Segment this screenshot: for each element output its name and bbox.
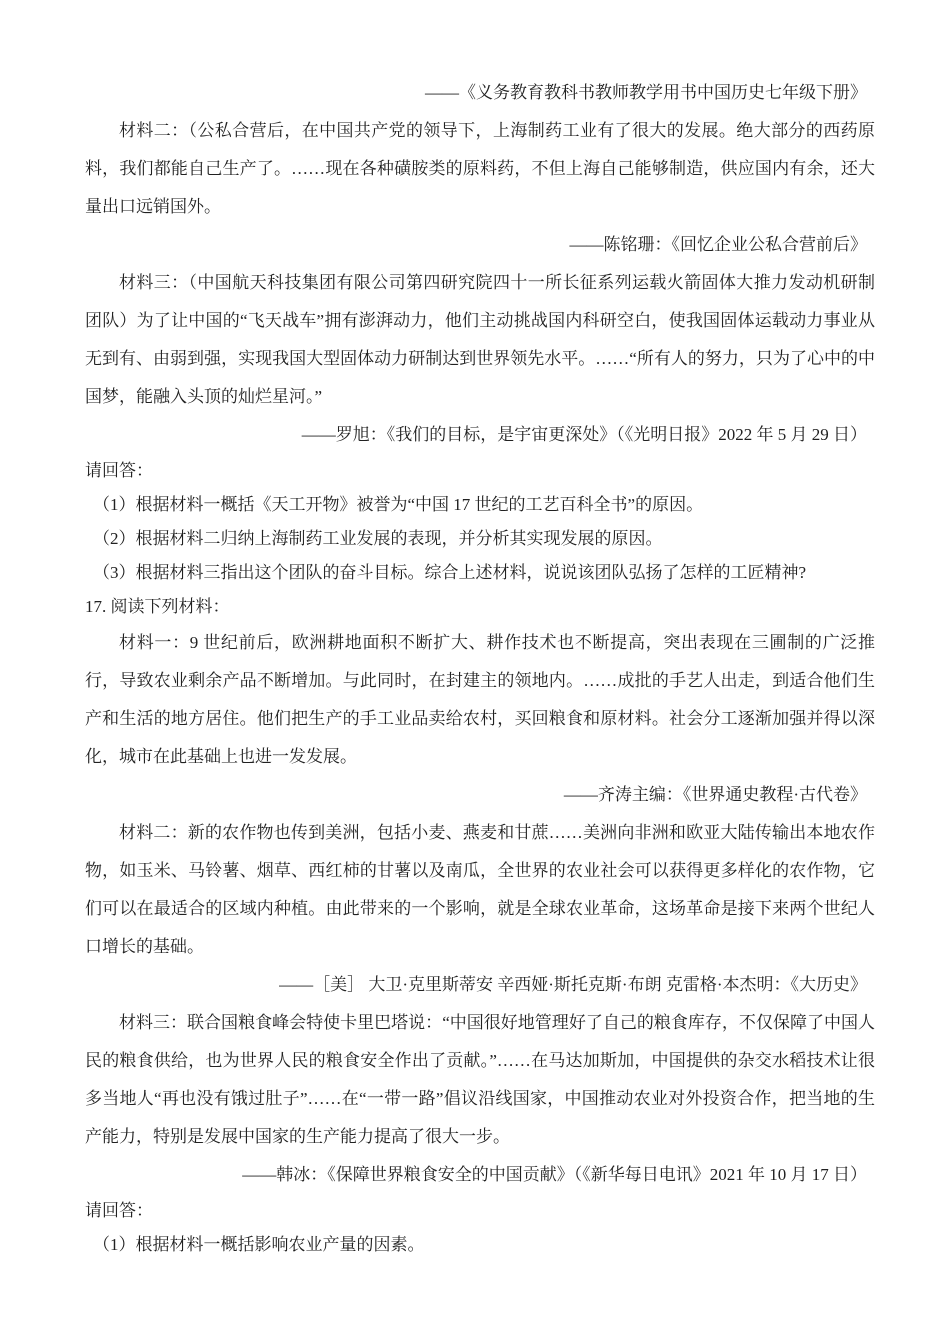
- exam-document-page: ——《义务教育教科书教师教学用书中国历史七年级下册》 材料二：（公私合营后，在中…: [0, 0, 950, 1344]
- q16-material2-citation: ——陈铭珊：《回忆企业公私合营前后》: [85, 226, 875, 264]
- q17-sub-question-1: （1）根据材料一概括影响农业产量的因素。: [85, 1228, 875, 1262]
- q17-answer-prompt: 请回答：: [85, 1194, 875, 1228]
- q16-sub-question-3: （3）根据材料三指出这个团队的奋斗目标。综合上述材料，说说该团队弘扬了怎样的工匠…: [85, 556, 875, 590]
- q16-material1-citation: ——《义务教育教科书教师教学用书中国历史七年级下册》: [85, 74, 875, 112]
- q17-material3-citation: ——韩冰：《保障世界粮食安全的中国贡献》（《新华每日电讯》2021 年 10 月…: [85, 1156, 875, 1194]
- q17-heading: 17. 阅读下列材料：: [85, 590, 875, 624]
- q16-material2-text: 材料二：（公私合营后，在中国共产党的领导下，上海制药工业有了很大的发展。绝大部分…: [85, 112, 875, 226]
- q17-material1-text: 材料一：9 世纪前后，欧洲耕地面积不断扩大、耕作技术也不断提高，突出表现在三圃制…: [85, 624, 875, 776]
- q17-material1-citation: ——齐涛主编：《世界通史教程·古代卷》: [85, 776, 875, 814]
- q17-material3-text: 材料三：联合国粮食峰会特使卡里巴塔说：“中国很好地管理好了自己的粮食库存，不仅保…: [85, 1004, 875, 1156]
- q16-sub-question-2: （2）根据材料二归纳上海制药工业发展的表现，并分析其实现发展的原因。: [85, 522, 875, 556]
- q17-material2-text: 材料二：新的农作物也传到美洲，包括小麦、燕麦和甘蔗……美洲向非洲和欧亚大陆传输出…: [85, 814, 875, 966]
- q16-answer-prompt: 请回答：: [85, 454, 875, 488]
- q16-material3-citation: ——罗旭：《我们的目标，是宇宙更深处》（《光明日报》2022 年 5 月 29 …: [85, 416, 875, 454]
- q17-material2-citation: ——［美］ 大卫·克里斯蒂安 辛西娅·斯托克斯·布朗 克雷格·本杰明：《大历史》: [85, 966, 875, 1004]
- q16-sub-question-1: （1）根据材料一概括《天工开物》被誉为“中国 17 世纪的工艺百科全书”的原因。: [85, 488, 875, 522]
- q16-material3-text: 材料三：（中国航天科技集团有限公司第四研究院四十一所长征系列运载火箭固体大推力发…: [85, 264, 875, 416]
